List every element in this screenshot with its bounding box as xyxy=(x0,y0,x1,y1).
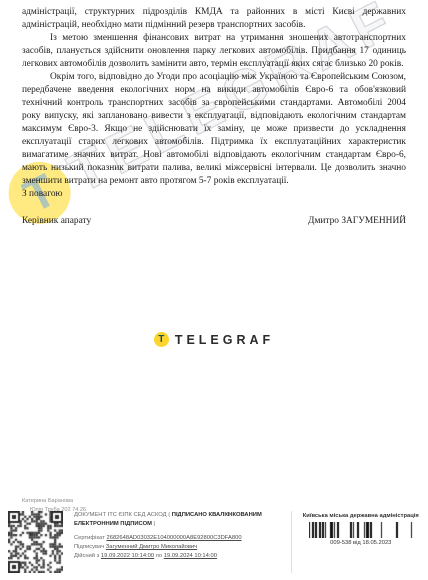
organization-name: Київська міська державна адміністрація xyxy=(300,513,422,519)
document-page: T TELEGRAF адміністрації, структурних пі… xyxy=(0,0,428,580)
signer-value: Загуменний Дмитро Миколайович xyxy=(106,544,197,550)
telegraf-logo-text: TELEGRAF xyxy=(175,333,274,347)
digital-signature-block: ДОКУМЕНТ ІТС ЄІПК СЕД АСКОД ( ПІДПИСАНО … xyxy=(8,511,422,573)
signer-position: Керівник апарату xyxy=(22,215,91,228)
signature-system-line: ДОКУМЕНТ ІТС ЄІПК СЕД АСКОД ( ПІДПИСАНО … xyxy=(74,511,283,529)
validity-label: Дійсний з xyxy=(74,553,99,559)
validity-connector: по xyxy=(156,553,162,559)
validity-from: 19.09.2022 10:14:00 xyxy=(101,553,154,559)
system-line-prefix: ДОКУМЕНТ ІТС ЄІПК СЕД АСКОД ( xyxy=(74,512,170,518)
certificate-value: 2682648AD03032E104000000A8E92800C3DFA800 xyxy=(107,535,242,541)
telegraf-logo-t-icon: T xyxy=(158,335,164,345)
system-line-suffix: ) xyxy=(154,521,156,527)
validity-line: Дійсний з 19.09.2022 10:14:00 по 19.09.2… xyxy=(74,552,283,561)
registration-number: 009-538 від 18.05.2023 xyxy=(300,540,422,546)
signature-details: ДОКУМЕНТ ІТС ЄІПК СЕД АСКОД ( ПІДПИСАНО … xyxy=(74,511,283,573)
telegraf-logo-circle-icon: T xyxy=(154,332,169,347)
contact-line-1: Катерина Баранова xyxy=(22,497,86,506)
certificate-line: Сертифікат 2682648AD03032E104000000A8E92… xyxy=(74,534,283,543)
paragraph-3: Окрім того, відповідно до Угоди про асоц… xyxy=(22,71,406,188)
qr-code xyxy=(8,511,63,573)
certificate-lines: Сертифікат 2682648AD03032E104000000A8E92… xyxy=(74,534,283,561)
signer-label: Підписувач xyxy=(74,544,104,550)
paragraph-2: Із метою зменшення фінансових витрат на … xyxy=(22,32,406,71)
signer-name: Дмитро ЗАГУМЕННИЙ xyxy=(308,215,406,228)
certificate-label: Сертифікат xyxy=(74,535,105,541)
signature-row: Керівник апарату Дмитро ЗАГУМЕННИЙ xyxy=(22,215,406,228)
closing-salutation: З повагою xyxy=(22,188,406,201)
registration-stamp: Київська міська державна адміністрація 0… xyxy=(291,511,422,573)
telegraf-logo: T TELEGRAF xyxy=(0,332,428,347)
signer-line: Підписувач Загуменний Дмитро Миколайович xyxy=(74,543,283,552)
validity-to: 19.09.2024 10:14:00 xyxy=(164,553,217,559)
paragraph-1: адміністрації, структурних підрозділів К… xyxy=(22,6,406,32)
letter-text: адміністрації, структурних підрозділів К… xyxy=(22,6,406,228)
registration-barcode xyxy=(309,522,413,538)
